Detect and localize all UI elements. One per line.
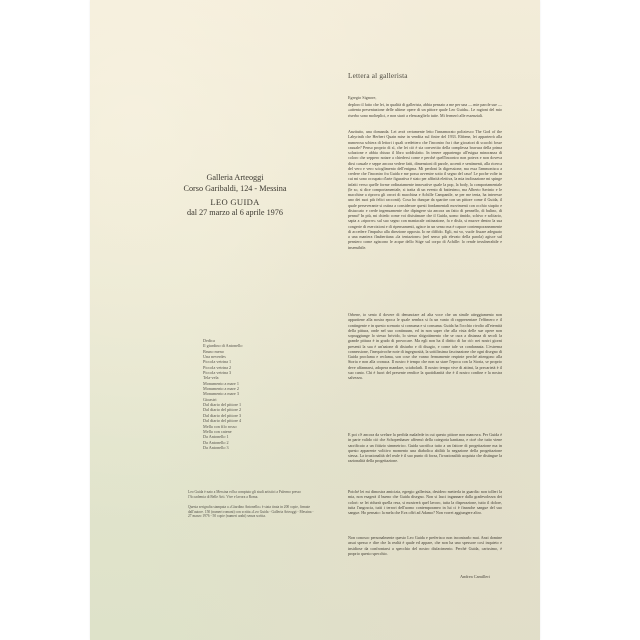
exhibition-header: Galleria Arteoggi Corso Garibaldi, 124 -… bbox=[150, 173, 320, 218]
work-title: Monumento a mare 3 bbox=[203, 391, 242, 396]
gallery-address: Corso Garibaldi, 124 - Messina bbox=[150, 184, 320, 195]
work-title: Il giardino di Antonello bbox=[203, 343, 242, 348]
letter-paragraph: deploro il fatto che lei, in qualità di … bbox=[348, 102, 502, 118]
artist-name: LEO GUIDA bbox=[150, 197, 320, 208]
letter-greeting: Egregio Signore, bbox=[348, 95, 376, 100]
edition-note: Questa serigrafia stampata a «Giardino A… bbox=[188, 505, 318, 519]
work-title: Da Antonello 3 bbox=[203, 445, 242, 450]
work-title: Dal diario del pittore 4 bbox=[203, 418, 242, 423]
colophon: Leo Guida è nato a Messina ed ha compiut… bbox=[188, 490, 318, 525]
letter-title: Lettera al gallerista bbox=[348, 72, 408, 80]
works-list: DedicaIl giardino di AntonelloBruno meno… bbox=[203, 338, 242, 450]
letter-paragraph: E poi c'è ancora da svelare la perfida m… bbox=[348, 432, 502, 464]
letter-signature: Andrea Camilleri bbox=[460, 574, 490, 579]
letter-paragraph: Non conosco personalmente questo Leo Gui… bbox=[348, 535, 502, 556]
gallery-name: Galleria Arteoggi bbox=[150, 173, 320, 184]
letter-paragraph: Anzitutto, una domanda. Lei avrà certame… bbox=[348, 129, 502, 250]
letter-paragraph: Poiché lei mi dimostra amicizia, egregio… bbox=[348, 489, 502, 515]
artist-bio: Leo Guida è nato a Messina ed ha compiut… bbox=[188, 490, 318, 499]
letter-paragraph: Orbene, io sento il dovere di denunciare… bbox=[348, 312, 502, 380]
exhibition-dates: dal 27 marzo al 6 aprile 1976 bbox=[150, 208, 320, 219]
